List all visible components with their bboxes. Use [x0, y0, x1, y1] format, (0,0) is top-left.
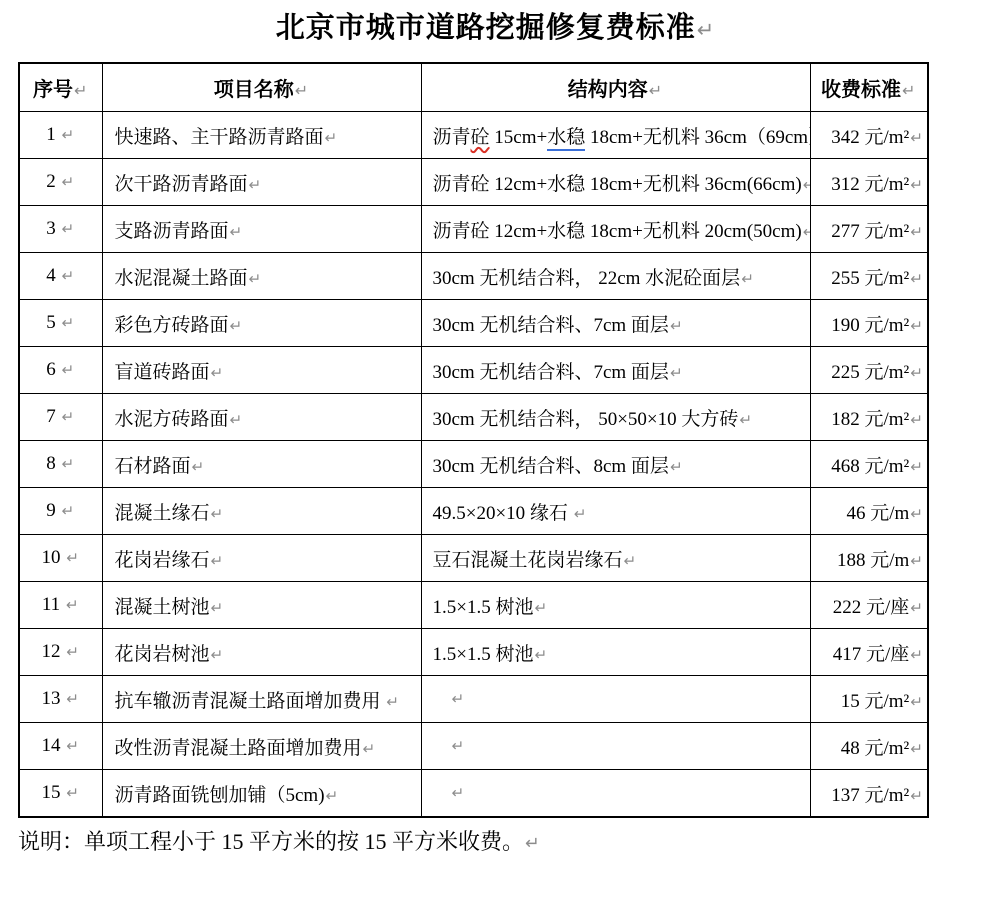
- paragraph-mark-icon: ↵: [909, 787, 924, 805]
- row-number: 12: [42, 641, 61, 662]
- cell-serial: 11 ↵: [19, 582, 102, 629]
- paragraph-mark-icon: ↵: [324, 129, 339, 147]
- project-name: 次干路沥青路面: [115, 174, 248, 195]
- structure-content: 30cm 无机结合料、8cm 面层: [433, 456, 669, 477]
- structure-content: 1.5×1.5 树池: [433, 644, 534, 665]
- paragraph-mark-icon: ↵: [65, 549, 80, 567]
- cell-structure: 30cm 无机结合料、7cm 面层↵: [421, 347, 810, 394]
- project-name: 混凝土缘石: [115, 503, 210, 524]
- cell-structure: 沥青砼 12cm+水稳 18cm+无机料 36cm(66cm)↵: [421, 159, 810, 206]
- cell-fee: 417 元/座↵: [810, 629, 928, 676]
- structure-content: 沥青砼 15cm+水稳 18cm+无机料 36cm（69cm）: [433, 127, 811, 151]
- row-number: 6: [46, 359, 56, 380]
- table-row: 12 ↵ 花岗岩树池↵ 1.5×1.5 树池↵ 417 元/座↵: [19, 629, 928, 676]
- cell-project-name: 快速路、主干路沥青路面↵: [102, 112, 421, 159]
- cell-project-name: 盲道砖路面↵: [102, 347, 421, 394]
- row-number: 4: [46, 265, 56, 286]
- cell-project-name: 花岗岩树池↵: [102, 629, 421, 676]
- paragraph-mark-icon: ↵: [669, 458, 684, 476]
- structure-text: 沥青: [433, 127, 471, 148]
- cell-structure: ↵: [421, 723, 810, 770]
- paragraph-mark-icon: ↵: [901, 81, 916, 100]
- paragraph-mark-icon: ↵: [65, 643, 80, 661]
- cell-project-name: 沥青路面铣刨加铺（5cm)↵: [102, 770, 421, 818]
- paragraph-mark-icon: ↵: [61, 455, 76, 473]
- fee-standard: 182 元/m²: [831, 409, 909, 430]
- cell-structure: 49.5×20×10 缘石 ↵: [421, 488, 810, 535]
- project-name: 支路沥青路面: [115, 221, 229, 242]
- cell-project-name: 改性沥青混凝土路面增加费用↵: [102, 723, 421, 770]
- cell-structure: 30cm 无机结合料、7cm 面层↵: [421, 300, 810, 347]
- paragraph-mark-icon: ↵: [210, 646, 225, 664]
- table-row: 10 ↵ 花岗岩缘石↵ 豆石混凝土花岗岩缘石↵ 188 元/m↵: [19, 535, 928, 582]
- row-number: 15: [42, 782, 61, 803]
- cell-serial: 8 ↵: [19, 441, 102, 488]
- project-name: 水泥混凝土路面: [115, 268, 248, 289]
- paragraph-mark-icon: ↵: [909, 505, 924, 523]
- cell-fee: 312 元/m²↵: [810, 159, 928, 206]
- paragraph-mark-icon: ↵: [909, 176, 924, 194]
- cell-serial: 15 ↵: [19, 770, 102, 818]
- project-name: 彩色方砖路面: [115, 315, 229, 336]
- header-cell-project-name: 项目名称↵: [102, 63, 421, 112]
- cell-structure: 30cm 无机结合料、8cm 面层↵: [421, 441, 810, 488]
- cell-structure: 1.5×1.5 树池↵: [421, 582, 810, 629]
- page-title: 北京市城市道路挖掘修复费标准↵: [0, 0, 992, 47]
- table-row: 13 ↵ 抗车辙沥青混凝土路面增加费用 ↵ ↵ 15 元/m²↵: [19, 676, 928, 723]
- table-row: 6 ↵ 盲道砖路面↵ 30cm 无机结合料、7cm 面层↵ 225 元/m²↵: [19, 347, 928, 394]
- document-page: 北京市城市道路挖掘修复费标准↵ 序号↵ 项目名称↵ 结构内容↵ 收费标准↵ 1 …: [0, 0, 992, 898]
- cell-project-name: 彩色方砖路面↵: [102, 300, 421, 347]
- cell-structure: ↵: [421, 770, 810, 818]
- cell-project-name: 抗车辙沥青混凝土路面增加费用 ↵: [102, 676, 421, 723]
- project-name: 水泥方砖路面: [115, 409, 229, 430]
- structure-content: 30cm 无机结合料， 50×50×10 大方砖: [433, 409, 739, 430]
- cell-project-name: 混凝土缘石↵: [102, 488, 421, 535]
- row-number: 7: [46, 406, 56, 427]
- paragraph-mark-icon: ↵: [210, 364, 225, 382]
- structure-text: 30cm 无机结合料、7cm 面层: [433, 315, 669, 336]
- table-row: 9 ↵ 混凝土缘石↵ 49.5×20×10 缘石 ↵ 46 元/m↵: [19, 488, 928, 535]
- project-name: 改性沥青混凝土路面增加费用: [115, 738, 362, 759]
- paragraph-mark-icon: ↵: [909, 411, 924, 429]
- fee-standard: 277 元/m²: [831, 221, 909, 242]
- table-header-row: 序号↵ 项目名称↵ 结构内容↵ 收费标准↵: [19, 63, 928, 112]
- paragraph-mark-icon: ↵: [573, 505, 588, 523]
- structure-text: 30cm 无机结合料、7cm 面层: [433, 362, 669, 383]
- paragraph-mark-icon: ↵: [65, 737, 80, 755]
- fee-standard: 188 元/m: [837, 550, 909, 571]
- table-row: 14 ↵ 改性沥青混凝土路面增加费用↵ ↵ 48 元/m²↵: [19, 723, 928, 770]
- structure-text: 18cm+无机料 36cm（69cm）: [585, 127, 810, 148]
- paragraph-mark-icon: ↵: [61, 173, 76, 191]
- table-row: 15 ↵ 沥青路面铣刨加铺（5cm)↵ ↵ 137 元/m²↵: [19, 770, 928, 818]
- row-number: 11: [42, 594, 60, 615]
- project-name: 石材路面: [115, 456, 191, 477]
- paragraph-mark-icon: ↵: [802, 176, 810, 194]
- fee-standard: 46 元/m: [846, 503, 909, 524]
- header-label: 序号: [33, 79, 73, 101]
- paragraph-mark-icon: ↵: [451, 737, 466, 755]
- note-paragraph: 说明：单项工程小于 15 平方米的按 15 平方米收费。↵: [18, 827, 992, 859]
- fee-standard: 48 元/m²: [841, 738, 910, 759]
- paragraph-mark-icon: ↵: [325, 787, 340, 805]
- project-name: 沥青路面铣刨加铺（5cm): [115, 785, 325, 806]
- cell-fee: 225 元/m²↵: [810, 347, 928, 394]
- cell-project-name: 支路沥青路面↵: [102, 206, 421, 253]
- header-label: 项目名称: [214, 79, 294, 101]
- row-number: 13: [42, 688, 61, 709]
- table-row: 7 ↵ 水泥方砖路面↵ 30cm 无机结合料， 50×50×10 大方砖↵ 18…: [19, 394, 928, 441]
- cell-serial: 9 ↵: [19, 488, 102, 535]
- paragraph-mark-icon: ↵: [451, 784, 466, 802]
- fee-standard: 255 元/m²: [831, 268, 909, 289]
- header-cell-serial: 序号↵: [19, 63, 102, 112]
- term-underline-mark: 水稳: [547, 127, 585, 151]
- table-row: 11 ↵ 混凝土树池↵ 1.5×1.5 树池↵ 222 元/座↵: [19, 582, 928, 629]
- cell-serial: 1 ↵: [19, 112, 102, 159]
- paragraph-mark-icon: ↵: [248, 176, 263, 194]
- header-label: 结构内容: [568, 79, 648, 101]
- cell-fee: 468 元/m²↵: [810, 441, 928, 488]
- paragraph-mark-icon: ↵: [669, 317, 684, 335]
- paragraph-mark-icon: ↵: [909, 599, 924, 617]
- structure-content: 豆石混凝土花岗岩缘石: [433, 550, 623, 571]
- cell-fee: 277 元/m²↵: [810, 206, 928, 253]
- paragraph-mark-icon: ↵: [909, 364, 924, 382]
- cell-serial: 2 ↵: [19, 159, 102, 206]
- table-row: 8 ↵ 石材路面↵ 30cm 无机结合料、8cm 面层↵ 468 元/m²↵: [19, 441, 928, 488]
- cell-serial: 6 ↵: [19, 347, 102, 394]
- structure-content: 49.5×20×10 缘石: [433, 503, 573, 524]
- structure-content: 30cm 无机结合料、7cm 面层: [433, 362, 669, 383]
- paragraph-mark-icon: ↵: [61, 220, 76, 238]
- paragraph-mark-icon: ↵: [909, 223, 924, 241]
- paragraph-mark-icon: ↵: [61, 502, 76, 520]
- row-number: 14: [42, 735, 61, 756]
- paragraph-mark-icon: ↵: [61, 361, 76, 379]
- header-cell-fee: 收费标准↵: [810, 63, 928, 112]
- paragraph-mark-icon: ↵: [533, 599, 548, 617]
- cell-serial: 5 ↵: [19, 300, 102, 347]
- fee-standard: 225 元/m²: [831, 362, 909, 383]
- paragraph-mark-icon: ↵: [229, 223, 244, 241]
- cell-fee: 255 元/m²↵: [810, 253, 928, 300]
- structure-content: 沥青砼 12cm+水稳 18cm+无机料 20cm(50cm): [433, 221, 802, 242]
- cell-fee: 48 元/m²↵: [810, 723, 928, 770]
- fee-standard: 468 元/m²: [831, 456, 909, 477]
- cell-structure: ↵: [421, 676, 810, 723]
- cell-fee: 188 元/m↵: [810, 535, 928, 582]
- cell-serial: 13 ↵: [19, 676, 102, 723]
- paragraph-mark-icon: ↵: [740, 270, 755, 288]
- cell-fee: 222 元/座↵: [810, 582, 928, 629]
- cell-structure: 豆石混凝土花岗岩缘石↵: [421, 535, 810, 582]
- project-name: 花岗岩缘石: [115, 550, 210, 571]
- structure-text: 49.5×20×10 缘石: [433, 503, 573, 524]
- fee-standard: 417 元/座: [833, 644, 910, 665]
- structure-text: 沥青砼 12cm+水稳 18cm+无机料 36cm(66cm): [433, 174, 802, 195]
- cell-project-name: 次干路沥青路面↵: [102, 159, 421, 206]
- page-title-text: 北京市城市道路挖掘修复费标准: [276, 12, 696, 44]
- cell-fee: 46 元/m↵: [810, 488, 928, 535]
- paragraph-mark-icon: ↵: [248, 270, 263, 288]
- paragraph-mark-icon: ↵: [229, 317, 244, 335]
- project-name: 花岗岩树池: [115, 644, 210, 665]
- cell-project-name: 花岗岩缘石↵: [102, 535, 421, 582]
- paragraph-mark-icon: ↵: [65, 784, 80, 802]
- table-row: 3 ↵ 支路沥青路面↵ 沥青砼 12cm+水稳 18cm+无机料 20cm(50…: [19, 206, 928, 253]
- paragraph-mark-icon: ↵: [648, 81, 663, 100]
- note-text: 说明：单项工程小于 15 平方米的按 15 平方米收费。: [18, 829, 524, 854]
- paragraph-mark-icon: ↵: [623, 552, 638, 570]
- row-number: 5: [46, 312, 56, 333]
- row-number: 9: [46, 500, 56, 521]
- structure-content: 30cm 无机结合料、7cm 面层: [433, 315, 669, 336]
- paragraph-mark-icon: ↵: [524, 834, 541, 854]
- cell-fee: 15 元/m²↵: [810, 676, 928, 723]
- cell-structure: 30cm 无机结合料， 50×50×10 大方砖↵: [421, 394, 810, 441]
- project-name: 抗车辙沥青混凝土路面增加费用: [115, 691, 386, 712]
- paragraph-mark-icon: ↵: [802, 223, 810, 241]
- fee-standard: 137 元/m²: [831, 785, 909, 806]
- header-cell-structure: 结构内容↵: [421, 63, 810, 112]
- paragraph-mark-icon: ↵: [191, 458, 206, 476]
- paragraph-mark-icon: ↵: [669, 364, 684, 382]
- paragraph-mark-icon: ↵: [65, 596, 80, 614]
- paragraph-mark-icon: ↵: [451, 690, 466, 708]
- structure-text: 15cm+: [490, 127, 548, 148]
- table-row: 2 ↵ 次干路沥青路面↵ 沥青砼 12cm+水稳 18cm+无机料 36cm(6…: [19, 159, 928, 206]
- cell-serial: 14 ↵: [19, 723, 102, 770]
- paragraph-mark-icon: ↵: [210, 505, 225, 523]
- cell-project-name: 混凝土树池↵: [102, 582, 421, 629]
- structure-text: 沥青砼 12cm+水稳 18cm+无机料 20cm(50cm): [433, 221, 802, 242]
- structure-text: 30cm 无机结合料， 50×50×10 大方砖: [433, 409, 739, 430]
- paragraph-mark-icon: ↵: [909, 646, 924, 664]
- structure-text: 30cm 无机结合料、8cm 面层: [433, 456, 669, 477]
- cell-structure: 30cm 无机结合料， 22cm 水泥砼面层↵: [421, 253, 810, 300]
- paragraph-mark-icon: ↵: [65, 690, 80, 708]
- fee-standard: 15 元/m²: [841, 691, 910, 712]
- paragraph-mark-icon: ↵: [385, 693, 400, 711]
- paragraph-mark-icon: ↵: [61, 408, 76, 426]
- paragraph-mark-icon: ↵: [909, 552, 924, 570]
- cell-serial: 10 ↵: [19, 535, 102, 582]
- paragraph-mark-icon: ↵: [909, 129, 924, 147]
- cell-serial: 3 ↵: [19, 206, 102, 253]
- cell-serial: 12 ↵: [19, 629, 102, 676]
- row-number: 10: [42, 547, 61, 568]
- fee-standard: 222 元/座: [833, 597, 910, 618]
- table-row: 5 ↵ 彩色方砖路面↵ 30cm 无机结合料、7cm 面层↵ 190 元/m²↵: [19, 300, 928, 347]
- paragraph-mark-icon: ↵: [61, 267, 76, 285]
- spell-error-mark: 砼: [471, 127, 490, 148]
- structure-text: 1.5×1.5 树池: [433, 644, 534, 665]
- paragraph-mark-icon: ↵: [229, 411, 244, 429]
- paragraph-mark-icon: ↵: [73, 81, 88, 100]
- cell-fee: 190 元/m²↵: [810, 300, 928, 347]
- table-row: 1 ↵ 快速路、主干路沥青路面↵ 沥青砼 15cm+水稳 18cm+无机料 36…: [19, 112, 928, 159]
- row-number: 8: [46, 453, 56, 474]
- cell-fee: 137 元/m²↵: [810, 770, 928, 818]
- structure-content: 1.5×1.5 树池: [433, 597, 534, 618]
- paragraph-mark-icon: ↵: [294, 81, 309, 100]
- row-number: 1: [46, 124, 56, 145]
- paragraph-mark-icon: ↵: [738, 411, 753, 429]
- cell-serial: 4 ↵: [19, 253, 102, 300]
- structure-content: 30cm 无机结合料， 22cm 水泥砼面层: [433, 268, 741, 289]
- structure-content: 沥青砼 12cm+水稳 18cm+无机料 36cm(66cm): [433, 174, 802, 195]
- cell-structure: 沥青砼 12cm+水稳 18cm+无机料 20cm(50cm)↵: [421, 206, 810, 253]
- table-header: 序号↵ 项目名称↵ 结构内容↵ 收费标准↵: [19, 63, 928, 112]
- fee-standard-table: 序号↵ 项目名称↵ 结构内容↵ 收费标准↵ 1 ↵ 快速路、主干路沥青路面↵ 沥…: [18, 62, 929, 818]
- cell-serial: 7 ↵: [19, 394, 102, 441]
- paragraph-mark-icon: ↵: [61, 126, 76, 144]
- paragraph-mark-icon: ↵: [533, 646, 548, 664]
- paragraph-mark-icon: ↵: [909, 740, 924, 758]
- project-name: 混凝土树池: [115, 597, 210, 618]
- cell-project-name: 水泥方砖路面↵: [102, 394, 421, 441]
- fee-standard: 312 元/m²: [831, 174, 909, 195]
- structure-text: 30cm 无机结合料， 22cm 水泥砼面层: [433, 268, 741, 289]
- row-number: 3: [46, 218, 56, 239]
- paragraph-mark-icon: ↵: [909, 458, 924, 476]
- cell-project-name: 水泥混凝土路面↵: [102, 253, 421, 300]
- table-body: 1 ↵ 快速路、主干路沥青路面↵ 沥青砼 15cm+水稳 18cm+无机料 36…: [19, 112, 928, 818]
- cell-fee: 182 元/m²↵: [810, 394, 928, 441]
- row-number: 2: [46, 171, 56, 192]
- table-row: 4 ↵ 水泥混凝土路面↵ 30cm 无机结合料， 22cm 水泥砼面层↵ 255…: [19, 253, 928, 300]
- paragraph-mark-icon: ↵: [909, 317, 924, 335]
- paragraph-mark-icon: ↵: [696, 18, 717, 42]
- fee-standard: 342 元/m²: [831, 127, 909, 148]
- paragraph-mark-icon: ↵: [210, 552, 225, 570]
- cell-structure: 沥青砼 15cm+水稳 18cm+无机料 36cm（69cm） ↵: [421, 112, 810, 159]
- paragraph-mark-icon: ↵: [210, 599, 225, 617]
- structure-text: 1.5×1.5 树池: [433, 597, 534, 618]
- paragraph-mark-icon: ↵: [909, 693, 924, 711]
- cell-project-name: 石材路面↵: [102, 441, 421, 488]
- cell-structure: 1.5×1.5 树池↵: [421, 629, 810, 676]
- fee-standard: 190 元/m²: [831, 315, 909, 336]
- project-name: 盲道砖路面: [115, 362, 210, 383]
- paragraph-mark-icon: ↵: [61, 314, 76, 332]
- project-name: 快速路、主干路沥青路面: [115, 127, 324, 148]
- paragraph-mark-icon: ↵: [909, 270, 924, 288]
- paragraph-mark-icon: ↵: [362, 740, 377, 758]
- structure-text: 豆石混凝土花岗岩缘石: [433, 550, 623, 571]
- cell-fee: 342 元/m²↵: [810, 112, 928, 159]
- header-label: 收费标准: [821, 79, 901, 101]
